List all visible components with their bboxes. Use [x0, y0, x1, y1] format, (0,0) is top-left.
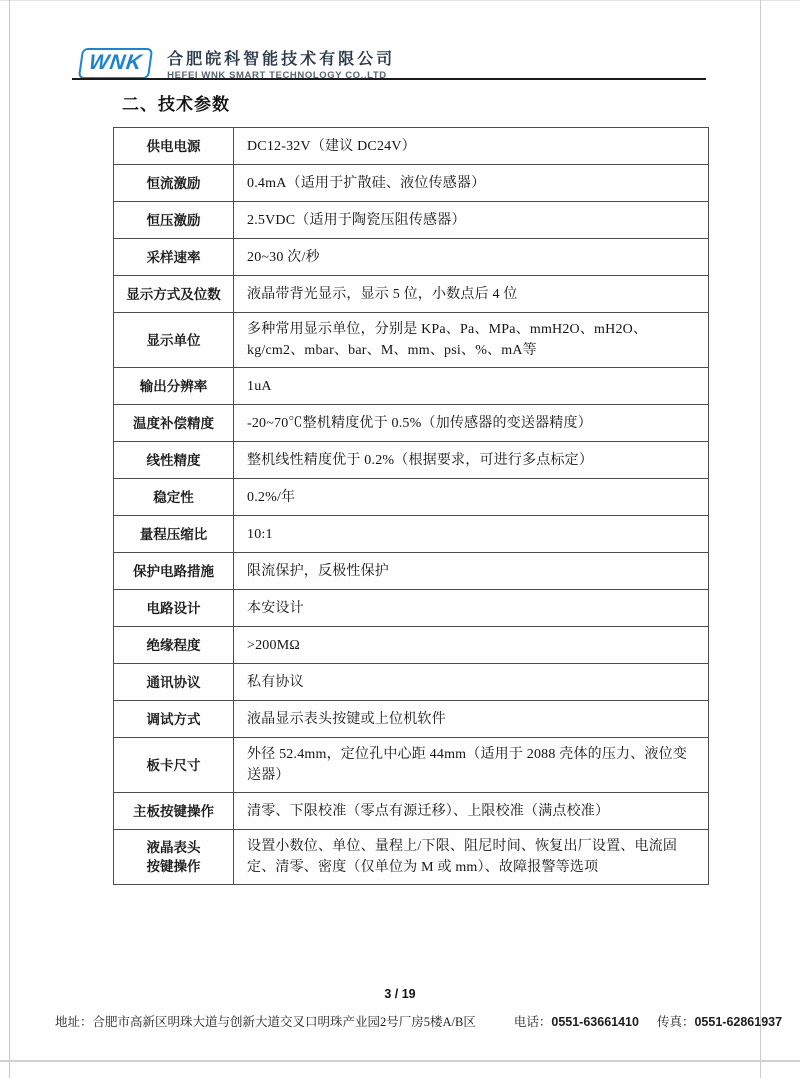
table-row: 显示单位多种常用显示单位，分别是 KPa、Pa、MPa、mmH2O、mH2O、k…: [114, 313, 709, 368]
section-title: 二、技术参数: [122, 90, 230, 115]
company-block: 合肥皖科智能技术有限公司 HEFEI WNK SMART TECHNOLOGY …: [167, 46, 395, 81]
spec-label: 采样速率: [114, 239, 234, 276]
footer-phone: 电话：0551-63661410: [514, 1012, 639, 1030]
spec-label: 通讯协议: [114, 664, 234, 701]
table-row: 量程压缩比10:1: [114, 516, 709, 553]
spec-value: 外径 52.4mm，定位孔中心距 44mm（适用于 2088 壳体的压力、液位变…: [234, 738, 709, 793]
table-row: 液晶表头 按键操作设置小数位、单位、量程上/下限、阻尼时间、恢复出厂设置、电流固…: [114, 830, 709, 885]
spec-label: 供电电源: [114, 128, 234, 165]
spec-label: 板卡尺寸: [114, 738, 234, 793]
spec-value: 0.2%/年: [234, 479, 709, 516]
footer-fax: 传真：0551-62861937: [657, 1012, 782, 1030]
letterhead: WNK 合肥皖科智能技术有限公司 HEFEI WNK SMART TECHNOL…: [80, 46, 395, 81]
spec-table-body: 供电电源DC12-32V（建议 DC24V）恒流激励0.4mA（适用于扩散硅、液…: [114, 128, 709, 885]
spec-label: 保护电路措施: [114, 553, 234, 590]
spec-label: 绝缘程度: [114, 627, 234, 664]
spec-label: 量程压缩比: [114, 516, 234, 553]
table-row: 调试方式液晶显示表头按键或上位机软件: [114, 701, 709, 738]
table-row: 板卡尺寸外径 52.4mm，定位孔中心距 44mm（适用于 2088 壳体的压力…: [114, 738, 709, 793]
table-row: 恒流激励0.4mA（适用于扩散硅、液位传感器）: [114, 165, 709, 202]
table-row: 电路设计本安设计: [114, 590, 709, 627]
spec-value: 20~30 次/秒: [234, 239, 709, 276]
wnk-logo: WNK: [78, 48, 154, 79]
spec-value: 多种常用显示单位，分别是 KPa、Pa、MPa、mmH2O、mH2O、kg/cm…: [234, 313, 709, 368]
table-row: 供电电源DC12-32V（建议 DC24V）: [114, 128, 709, 165]
spec-value: 10:1: [234, 516, 709, 553]
spec-label: 显示单位: [114, 313, 234, 368]
table-row: 线性精度整机线性精度优于 0.2%（根据要求，可进行多点标定）: [114, 442, 709, 479]
spec-label: 线性精度: [114, 442, 234, 479]
spec-label: 恒压激励: [114, 202, 234, 239]
document-page: WNK 合肥皖科智能技术有限公司 HEFEI WNK SMART TECHNOL…: [0, 0, 800, 1078]
spec-value: >200MΩ: [234, 627, 709, 664]
spec-value: 限流保护，反极性保护: [234, 553, 709, 590]
company-name-cn: 合肥皖科智能技术有限公司: [167, 46, 395, 69]
table-row: 绝缘程度>200MΩ: [114, 627, 709, 664]
page-number: 3 / 19: [0, 987, 800, 1001]
spec-value: 私有协议: [234, 664, 709, 701]
spec-value: 本安设计: [234, 590, 709, 627]
table-row: 通讯协议私有协议: [114, 664, 709, 701]
scan-edge-right: [760, 0, 761, 1078]
spec-value: 液晶带背光显示，显示 5 位，小数点后 4 位: [234, 276, 709, 313]
spec-label: 恒流激励: [114, 165, 234, 202]
spec-label: 调试方式: [114, 701, 234, 738]
table-row: 主板按键操作清零、下限校准（零点有源迁移）、上限校准（满点校准）: [114, 793, 709, 830]
spec-value: -20~70℃整机精度优于 0.5%（加传感器的变送器精度）: [234, 405, 709, 442]
wnk-logo-text: WNK: [87, 51, 144, 75]
table-row: 稳定性0.2%/年: [114, 479, 709, 516]
table-row: 保护电路措施限流保护，反极性保护: [114, 553, 709, 590]
spec-table: 供电电源DC12-32V（建议 DC24V）恒流激励0.4mA（适用于扩散硅、液…: [113, 127, 709, 885]
footer-address: 地址：合肥市高新区明珠大道与创新大道交叉口明珠产业园2号厂房5楼A/B区: [55, 1012, 476, 1030]
spec-value: 清零、下限校准（零点有源迁移）、上限校准（满点校准）: [234, 793, 709, 830]
table-row: 温度补偿精度-20~70℃整机精度优于 0.5%（加传感器的变送器精度）: [114, 405, 709, 442]
spec-label: 显示方式及位数: [114, 276, 234, 313]
spec-label: 主板按键操作: [114, 793, 234, 830]
scan-edge-left: [9, 0, 10, 1078]
header-divider: [72, 78, 706, 80]
table-row: 显示方式及位数液晶带背光显示，显示 5 位，小数点后 4 位: [114, 276, 709, 313]
spec-value: 0.4mA（适用于扩散硅、液位传感器）: [234, 165, 709, 202]
spec-label: 电路设计: [114, 590, 234, 627]
spec-value: 液晶显示表头按键或上位机软件: [234, 701, 709, 738]
spec-value: 1uA: [234, 368, 709, 405]
table-row: 采样速率20~30 次/秒: [114, 239, 709, 276]
footer-contact: 地址：合肥市高新区明珠大道与创新大道交叉口明珠产业园2号厂房5楼A/B区 电话：…: [55, 1012, 747, 1030]
spec-label: 稳定性: [114, 479, 234, 516]
table-row: 输出分辨率1uA: [114, 368, 709, 405]
spec-value: 整机线性精度优于 0.2%（根据要求，可进行多点标定）: [234, 442, 709, 479]
spec-label: 输出分辨率: [114, 368, 234, 405]
table-row: 恒压激励2.5VDC（适用于陶瓷压阻传感器）: [114, 202, 709, 239]
spec-value: 2.5VDC（适用于陶瓷压阻传感器）: [234, 202, 709, 239]
scan-edge-top: [0, 0, 800, 1]
scan-edge-bottom: [0, 1060, 800, 1062]
spec-label: 温度补偿精度: [114, 405, 234, 442]
spec-value: DC12-32V（建议 DC24V）: [234, 128, 709, 165]
spec-label: 液晶表头 按键操作: [114, 830, 234, 885]
spec-value: 设置小数位、单位、量程上/下限、阻尼时间、恢复出厂设置、电流固定、清零、密度（仅…: [234, 830, 709, 885]
